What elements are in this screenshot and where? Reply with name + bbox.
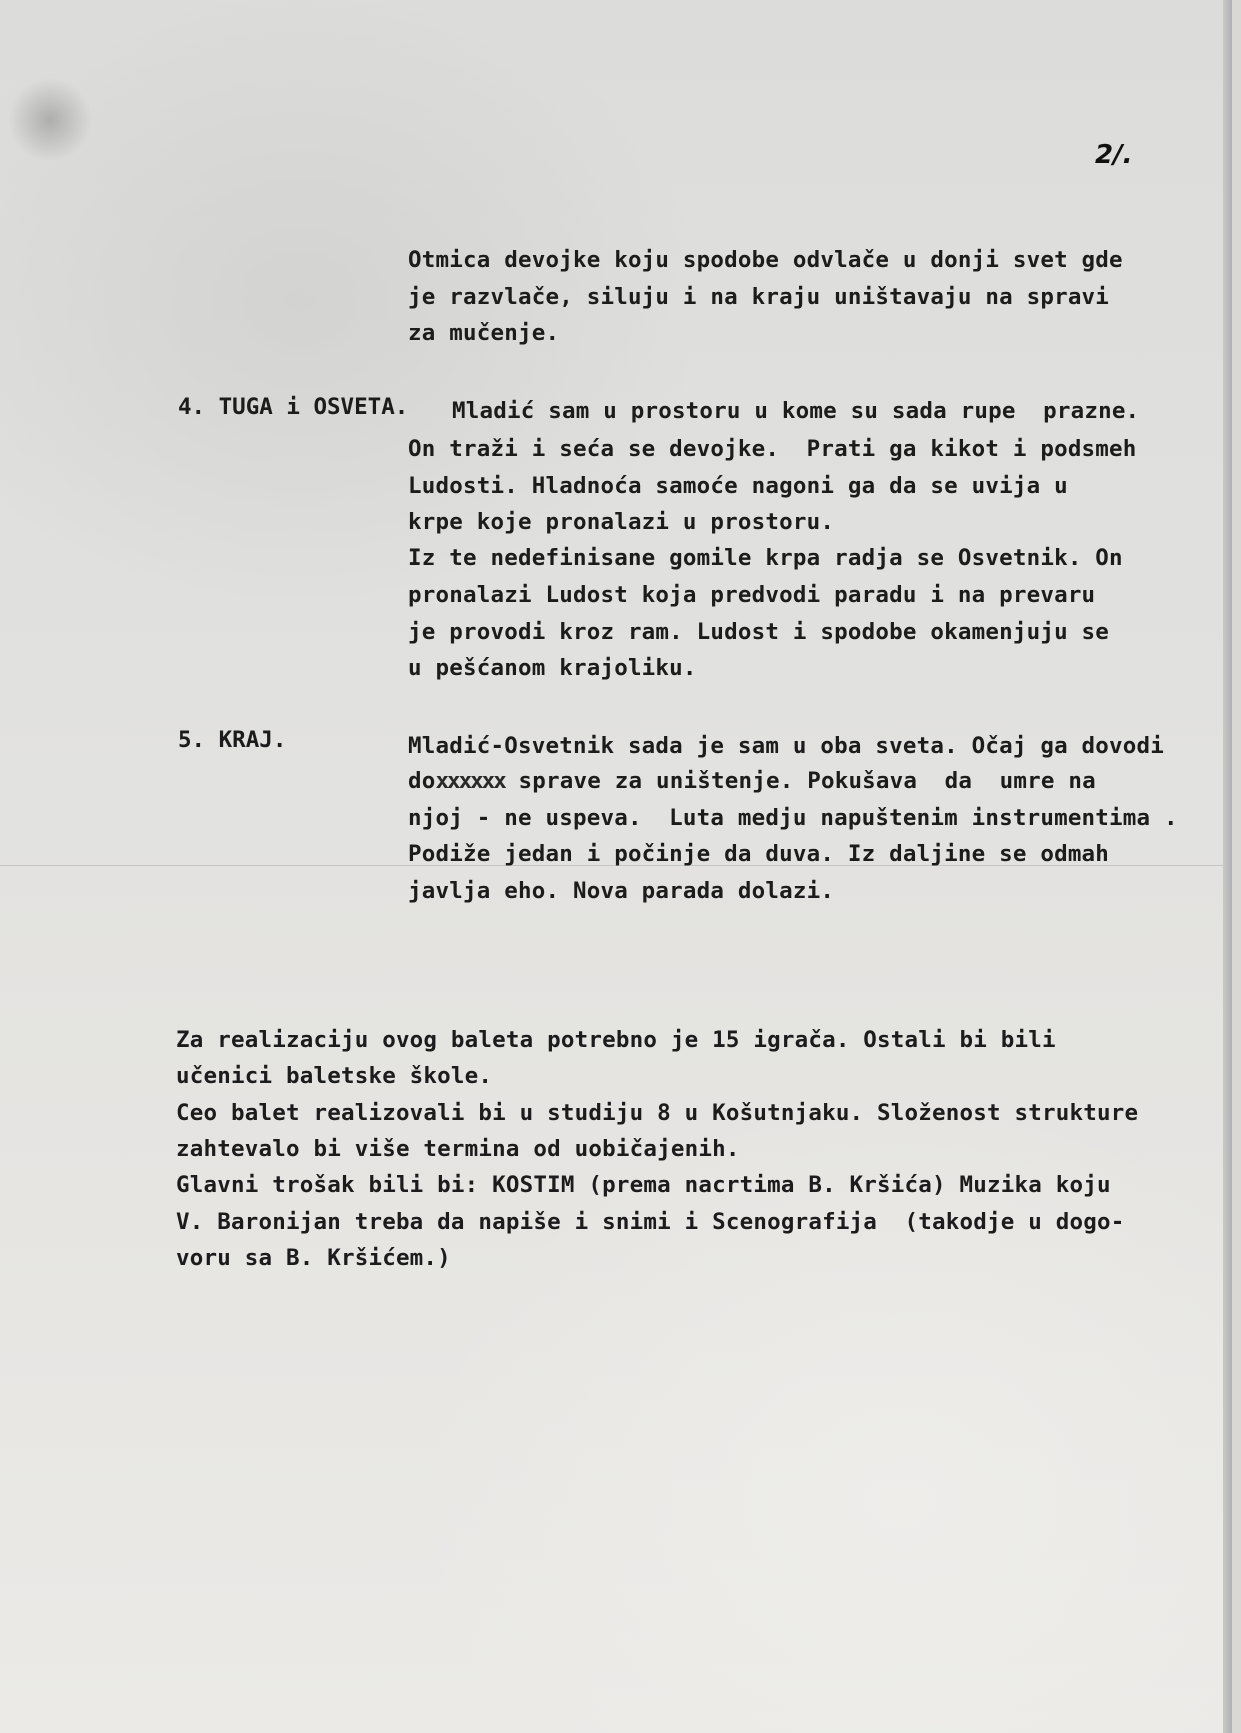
typewritten-page: 2/. Otmica devojke koju spodobe odvlače … <box>0 0 1232 1733</box>
intro-line: za mučenje. <box>408 320 559 346</box>
section-4-line: je provodi kroz ram. Ludost i spodobe ok… <box>408 619 1109 645</box>
section-4-line: pronalazi Ludost koja predvodi paradu i … <box>408 582 1095 608</box>
section-5-line: Mladić-Osvetnik sada je sam u oba sveta.… <box>408 733 1164 759</box>
section-5-label: 5. KRAJ. <box>178 727 286 753</box>
section-5-line: javlja eho. Nova parada dolazi. <box>408 878 834 904</box>
section-4-line: u pešćanom krajoliku. <box>408 655 697 681</box>
section-5-line: Podiže jedan i počinje da duva. Iz dalji… <box>408 841 1109 867</box>
closing-line: Za realizaciju ovog baleta potrebno je 1… <box>176 1027 1056 1053</box>
closing-line: Glavni trošak bili bi: KOSTIM (prema nac… <box>176 1172 1111 1198</box>
section-4-line: krpe koje pronalazi u prostoru. <box>408 509 834 535</box>
closing-line: voru sa B. Kršićem.) <box>176 1245 451 1271</box>
section-4-line: Mladić sam u prostoru u kome su sada rup… <box>452 398 1139 424</box>
section-4-label: 4. TUGA i OSVETA. <box>178 394 408 420</box>
closing-line: Ceo balet realizovali bi u studiju 8 u K… <box>176 1100 1138 1126</box>
section-4-line: On traži i seća se devojke. Prati ga kik… <box>408 436 1137 462</box>
struck-out-text: xxxxxx <box>436 768 505 794</box>
closing-line: učenici baletske škole. <box>176 1063 492 1089</box>
line-remainder: sprave za uništenje. Pokušava da umre na <box>519 768 1096 794</box>
intro-line: Otmica devojke koju spodobe odvlače u do… <box>408 247 1123 273</box>
intro-line: je razvlače, siluju i na kraju uništavaj… <box>408 284 1109 310</box>
page-number: 2/. <box>1095 140 1132 170</box>
section-4-line: Ludosti. Hladnoća samoće nagoni ga da se… <box>408 473 1068 499</box>
closing-line: V. Baronijan treba da napiše i snimi i S… <box>176 1209 1124 1235</box>
section-5-line: njoj - ne uspeva. Luta medju napuštenim … <box>408 805 1178 831</box>
word-fragment: do <box>408 768 436 794</box>
page-edge <box>1223 0 1232 1733</box>
section-5-line: doxxxxxx sprave za uništenje. Pokušava d… <box>408 768 1096 794</box>
closing-line: zahtevalo bi više termina od uobičajenih… <box>176 1136 740 1162</box>
section-4-line: Iz te nedefinisane gomile krpa radja se … <box>408 545 1123 571</box>
